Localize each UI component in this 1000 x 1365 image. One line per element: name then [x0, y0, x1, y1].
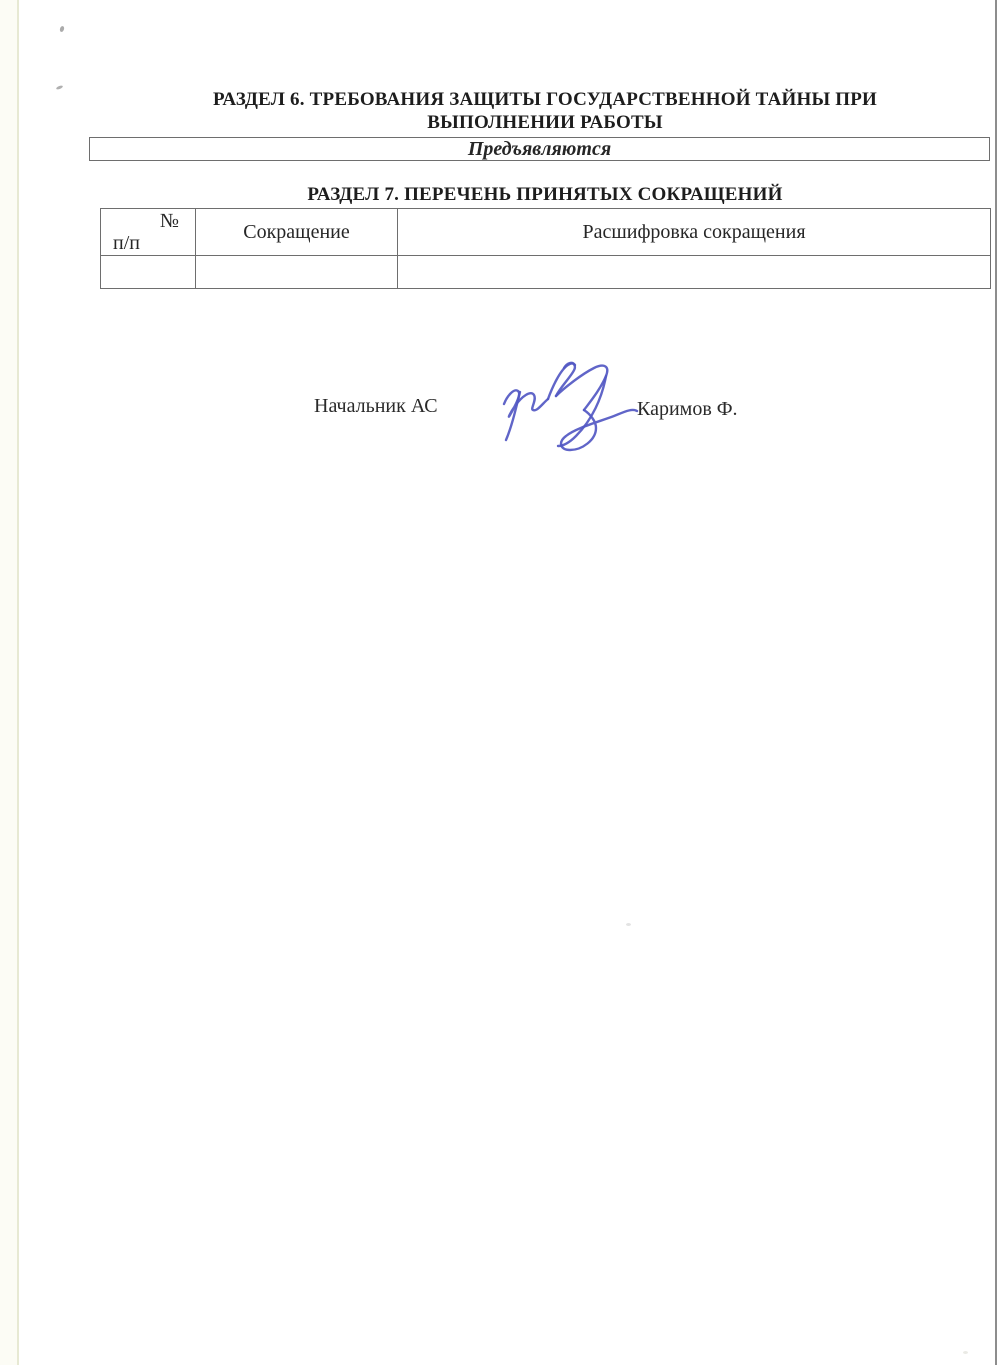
abbreviations-table-header-row: № п/п Сокращение Расшифровка сокращения — [101, 209, 991, 256]
scan-artifact-speck — [963, 1351, 968, 1354]
scan-right-edge-line — [995, 0, 997, 1365]
scanned-document-page: РАЗДЕЛ 6. ТРЕБОВАНИЯ ЗАЩИТЫ ГОСУДАРСТВЕН… — [0, 0, 1000, 1365]
column-header-number-line2: п/п — [101, 232, 195, 254]
table-row — [101, 256, 991, 289]
section6-requirements-box: Предъявляются — [89, 137, 990, 161]
cell-abbreviation — [196, 256, 398, 289]
cell-number — [101, 256, 196, 289]
abbreviations-table: № п/п Сокращение Расшифровка сокращения — [100, 208, 991, 289]
signoff-name: Каримов Ф. — [637, 398, 738, 421]
scan-left-margin-band — [0, 0, 17, 1365]
column-header-abbreviation: Сокращение — [196, 209, 398, 256]
section6-requirements-value: Предъявляются — [468, 138, 611, 161]
scan-artifact-speck — [59, 26, 65, 33]
section6-heading-line1: РАЗДЕЛ 6. ТРЕБОВАНИЯ ЗАЩИТЫ ГОСУДАРСТВЕН… — [95, 88, 995, 111]
section7-heading: РАЗДЕЛ 7. ПЕРЕЧЕНЬ ПРИНЯТЫХ СОКРАЩЕНИЙ — [95, 184, 995, 206]
section6-heading-line2: ВЫПОЛНЕНИИ РАБОТЫ — [95, 111, 995, 134]
scan-artifact-speck — [56, 85, 64, 90]
scan-left-edge-line — [17, 0, 19, 1365]
section6-heading: РАЗДЕЛ 6. ТРЕБОВАНИЯ ЗАЩИТЫ ГОСУДАРСТВЕН… — [95, 88, 995, 134]
column-header-number-line1: № — [101, 209, 195, 232]
column-header-number: № п/п — [101, 209, 196, 256]
scan-artifact-speck — [626, 923, 631, 926]
signoff-title: Начальник АС — [314, 395, 438, 418]
handwritten-signature — [498, 358, 646, 455]
cell-definition — [398, 256, 991, 289]
column-header-definition: Расшифровка сокращения — [398, 209, 991, 256]
